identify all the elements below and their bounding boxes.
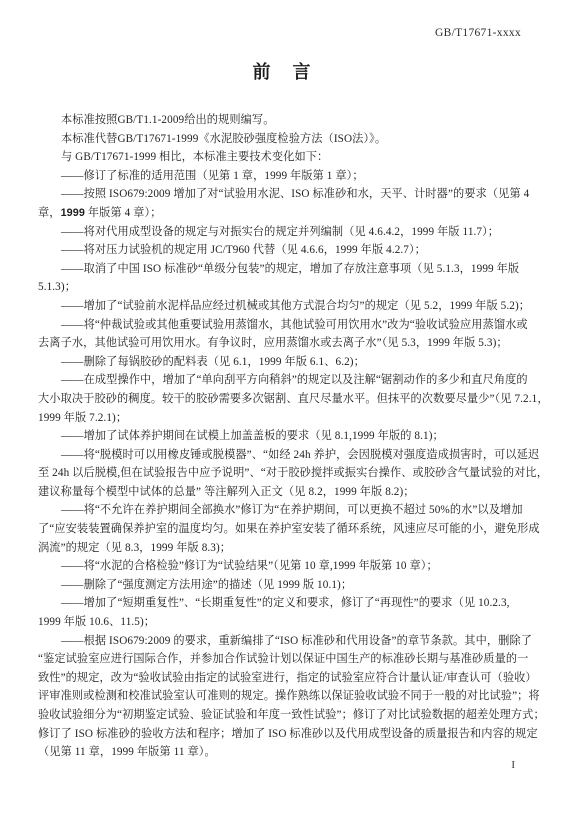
text-line: ——将对压力试验机的规定用 JC/T960 代替（见 4.6.6，1999 年版…: [38, 241, 530, 260]
text-line: 修订了 ISO 标准砂的验收方法和程序；增加了 ISO 标准砂以及代用成型设备的…: [38, 725, 530, 744]
text-line: ——将“仲裁试验或其他重要试验用蒸馏水，其他试验可用饮用水”改为“验收试验应用蒸…: [38, 316, 530, 335]
text-line: ——将“水泥的合格检验”修订为“试验结果”（见第 10 章,1999 年版第 1…: [38, 557, 530, 576]
text-line: 去离子水，其他试验可用饮用水。有争议时，应用蒸馏水或去离子水”（见 5.3，19…: [38, 334, 530, 353]
revision-marked-text: 1999: [61, 207, 85, 219]
text-line: 本标准代替GB/T17671-1999《水泥胶砂强度检验方法（ISO法）》。: [38, 130, 530, 149]
text-line: ——按照 ISO679:2009 增加了对“试验用水泥、ISO 标准砂和水，天平…: [38, 185, 530, 204]
standard-code-header: GB/T17671-xxxx: [0, 27, 521, 39]
text-line: 致性”的规定，改为“验收试验由指定的试验室进行，指定的试验室应符合计量认证/审查…: [38, 669, 530, 688]
text-line: 至 24h 以后脱模,但在试验报告中应予说明”、“对于胶砂搅拌或振实台操作、或胶…: [38, 464, 530, 483]
text-line: ——删除了“强度测定方法用途”的描述（见 1999 版 10.1)；: [38, 576, 530, 595]
text-line: 5.1.3)；: [38, 278, 530, 297]
text-line: 1999 年版 10.6、11.5)；: [38, 613, 530, 632]
text-line: 1999 年版 7.2.1)；: [38, 409, 530, 428]
text-line: 建议称量每个模型中试体的总量” 等注解列入正文（见 8.2，1999 年版 8.…: [38, 483, 530, 502]
text-line: ——增加了“试验前水泥样品应经过机械或其他方式混合均匀”的规定（见 5.2，19…: [38, 297, 530, 316]
text-line: 章，1999 年版第 4 章）；: [38, 204, 530, 223]
page-number: I: [511, 759, 515, 771]
text-line: 验收试验细分为“初期鉴定试验、验证试验和年度一致性试验”；修订了对比试验数据的超…: [38, 706, 530, 725]
text-line: 与 GB/T17671-1999 相比，本标准主要技术变化如下：: [38, 148, 530, 167]
text-line: ——增加了试体养护期间在试模上加盖盖板的要求（见 8.1,1999 年版的 8.…: [38, 427, 530, 446]
text-line: （见第 11 章，1999 年版第 11 章）。: [38, 743, 530, 762]
text-line: ——取消了中国 ISO 标准砂“单级分包装”的规定，增加了存放注意事项（见 5.…: [38, 260, 530, 279]
text-line: ——将“脱模时可以用橡皮锤或脱模器”、“如经 24h 养护，会因脱模对强度造成损…: [38, 446, 530, 465]
text-line: 本标准按照GB/T1.1-2009给出的规则编写。: [38, 111, 530, 130]
page-title: 前 言: [0, 58, 565, 84]
text-line: ——在成型操作中，增加了“单向刮平方向稍斜”的规定以及注解“锯割动作的多少和直尺…: [38, 371, 530, 390]
text-line: 涡流”的规定（见 8.3，1999 年版 8.3)；: [38, 539, 530, 558]
foreword-body: 本标准按照GB/T1.1-2009给出的规则编写。本标准代替GB/T17671-…: [38, 111, 530, 762]
text-line: ——将“不允许在养护期间全部换水”修订为“在养护期间，可以更换不超过 50%的水…: [38, 501, 530, 520]
text-line: ——修订了标准的适用范围（见第 1 章，1999 年版第 1 章）；: [38, 167, 530, 186]
text-segment: 章，: [38, 207, 61, 219]
document-page: GB/T17671-xxxx 前 言 本标准按照GB/T1.1-2009给出的规…: [0, 0, 565, 834]
text-line: 大小取决于胶砂的稠度。较干的胶砂需要多次锯割、直尺尽量水平。但抹平的次数要尽量少…: [38, 390, 530, 409]
text-line: ——将对代用成型设备的规定与对振实台的规定并列编制（见 4.6.4.2，1999…: [38, 223, 530, 242]
text-line: ——根据 ISO679:2009 的要求，重新编排了“ISO 标准砂和代用设备”…: [38, 632, 530, 651]
text-line: ——增加了“短期重复性”、“长期重复性”的定义和要求，修订了“再现性”的要求（见…: [38, 594, 530, 613]
text-segment: 年版第 4 章）；: [85, 207, 162, 219]
text-line: 评审准则或检测和校准试验室认可准则的规定。操作熟练以保证验收试验不同于一般的对比…: [38, 687, 530, 706]
text-line: ——删除了每锅胶砂的配料表（见 6.1，1999 年版 6.1、6.2)；: [38, 353, 530, 372]
text-line: 了“应安装装置确保养护室的温度均匀。如果在养护室安装了循环系统，风速应尽可能的小…: [38, 520, 530, 539]
text-line: “鉴定试验室应进行国际合作，并参加合作试验计划以保证中国生产的标准砂长期与基准砂…: [38, 650, 530, 669]
